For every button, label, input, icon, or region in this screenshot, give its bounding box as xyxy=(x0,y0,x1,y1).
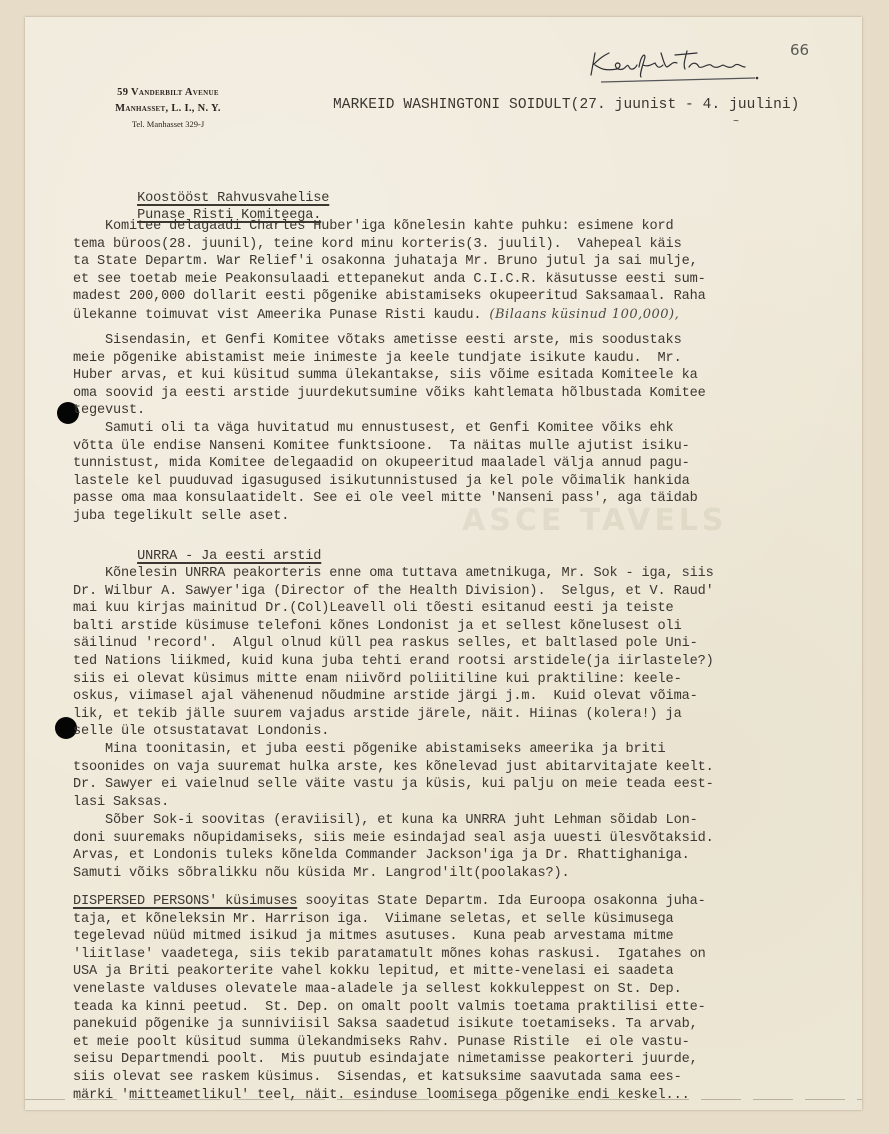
text-line: tsoonides on vaja suuremat hulka arste, … xyxy=(73,759,873,777)
text-line: madest 200,000 dollarit eesti põgenike a… xyxy=(73,288,873,306)
paragraph: Komitee delagaadi Charles Huber'iga kõne… xyxy=(73,218,873,324)
text-line: Mina toonitasin, et juba eesti põgenike … xyxy=(73,741,873,759)
section-heading-line: UNRRA - Ja eesti arstid xyxy=(73,530,873,548)
text-line: 'liitlase' vaadetega, siis tekib paratam… xyxy=(73,946,873,964)
letterhead: 59 Vanderbilt Avenue Manhasset, L. I., N… xyxy=(83,85,253,132)
handwritten-confidential-annotation: Konfidentsiaalne. xyxy=(587,45,777,85)
text-line: Huber arvas, et kui küsitud summa ülekan… xyxy=(73,367,873,385)
text-line: USA ja Briti peakorterite vahel kokku le… xyxy=(73,963,873,981)
text-line: oskus, viimasel ajal vähenenud nõudmine … xyxy=(73,688,873,706)
typo-mark: ~ xyxy=(733,117,739,128)
text-line: võtta üle endise Nanseni Komitee funktsi… xyxy=(73,438,873,456)
text-line: tegevust. xyxy=(73,402,873,420)
text-line: teada ka kinni peetud. St. Dep. on omalt… xyxy=(73,999,873,1017)
text-line: selle üle otsustatavat Londonis. xyxy=(73,723,873,741)
text-line: Sõber Sok-i soovitas (eraviisil), et kun… xyxy=(73,812,873,830)
text-line: tunnistust, mida Komitee delegaadid on o… xyxy=(73,455,873,473)
text-line: doni suuremaks nõupidamiseks, siis meie … xyxy=(73,830,873,848)
handwritten-note: (Bilaans küsinud 100,000), xyxy=(489,307,679,322)
text-line: passe oma maa konsulaatidelt. See ei ole… xyxy=(73,490,873,508)
text-line: DISPERSED PERSONS' küsimuses sooyitas St… xyxy=(73,893,873,911)
text-line: Samuti oli ta väga huvitatud mu ennustus… xyxy=(73,420,873,438)
text-line: Dr. Wilbur A. Sawyer'iga (Director of th… xyxy=(73,583,873,601)
text-line: panekuid põgenike ja sunniviisil Saksa s… xyxy=(73,1016,873,1034)
letterhead-phone: Tel. Manhasset 329-J xyxy=(83,117,253,132)
document-page: ASCE TAVELS 59 Vanderbilt Avenue Manhass… xyxy=(25,17,862,1110)
text-line: tema büroos(28. juunil), teine kord minu… xyxy=(73,236,873,254)
text-line: taja, et kõneleksin Mr. Harrison iga. Vi… xyxy=(73,911,873,929)
text-line: mai kuu kirjas mainitud Dr.(Col)Leavell … xyxy=(73,600,873,618)
section-dispersed-persons: DISPERSED PERSONS' küsimuses sooyitas St… xyxy=(73,893,873,1104)
paragraph: Sõber Sok-i soovitas (eraviisil), et kun… xyxy=(73,812,873,882)
text-line: lasi Saksas. xyxy=(73,794,873,812)
text-line: ted Nations liikmed, kuid kuna juba teht… xyxy=(73,653,873,671)
text-line: oma soovid ja eesti arstide juurdekutsum… xyxy=(73,385,873,403)
text-line: et meie poolt küsitud summa ülekandmisek… xyxy=(73,1034,873,1052)
text-line: säilinud 'record'. Algul olnud küll pea … xyxy=(73,635,873,653)
text-line: balti arstide küsimuse telefoni kõnes Lo… xyxy=(73,618,873,636)
text-line: siis olevat see raskem küsimus. Sisendas… xyxy=(73,1069,873,1087)
section-heading-line: Koostööst Rahvusvahelise xyxy=(73,172,873,190)
inline-heading: DISPERSED PERSONS' küsimuses xyxy=(73,894,297,909)
page-number: 66 xyxy=(790,41,809,59)
text-line: Komitee delagaadi Charles Huber'iga kõne… xyxy=(73,218,873,236)
text-line: lik, et tekib jälle suurem vajadus arsti… xyxy=(73,706,873,724)
text-line: Dr. Sawyer ei vaielnud selle väite vastu… xyxy=(73,776,873,794)
text-line: Sisendasin, et Genfi Komitee võtaks amet… xyxy=(73,332,873,350)
text-line: märki 'mitteametlikul' teel, näit. esind… xyxy=(73,1087,873,1105)
letterhead-city: Manhasset, L. I., N. Y. xyxy=(83,101,253,117)
text-line: Samuti võiks sõbralikku nõu küsida Mr. L… xyxy=(73,865,873,883)
letterhead-street: 59 Vanderbilt Avenue xyxy=(83,85,253,101)
section-unrra: UNRRA - Ja eesti arstid xyxy=(73,530,873,548)
text-line: juba tegelikult selle aset. xyxy=(73,508,873,526)
text-line: tegelevad nüüd mitmed isikud ja mitmes a… xyxy=(73,928,873,946)
paragraph: Kõnelesin UNRRA peakorteris enne oma tut… xyxy=(73,565,873,811)
section-red-cross: Koostööst Rahvusvahelise Punase Risti Ko… xyxy=(73,172,873,207)
text-line: venelaste valduses olevatele maa-aladele… xyxy=(73,981,873,999)
text-line: et see toetab meie Peakonsulaadi ettepan… xyxy=(73,271,873,289)
text-line: ta State Departm. War Relief'i osakonna … xyxy=(73,253,873,271)
paragraph: Sisendasin, et Genfi Komitee võtaks amet… xyxy=(73,332,873,526)
document-title: MARKEID WASHINGTONI SOIDULT(27. juunist … xyxy=(333,97,799,113)
text-line: Kõnelesin UNRRA peakorteris enne oma tut… xyxy=(73,565,873,583)
text-line: siis ei olevat küsimus mitte enam niivõr… xyxy=(73,671,873,689)
text-line: meie põgenike abistamist meie inimeste j… xyxy=(73,350,873,368)
paper-bottom-edge xyxy=(25,1099,862,1100)
text-line: Arvas, et Londonis tuleks kõnelda Comman… xyxy=(73,847,873,865)
text-line: lastele kel puuduvad igasugused isikutun… xyxy=(73,473,873,491)
text-line: seisu Departmendi poolt. Mis puutub esin… xyxy=(73,1051,873,1069)
text-line: ülekanne toimuvat vist Ameerika Punase R… xyxy=(73,306,873,324)
